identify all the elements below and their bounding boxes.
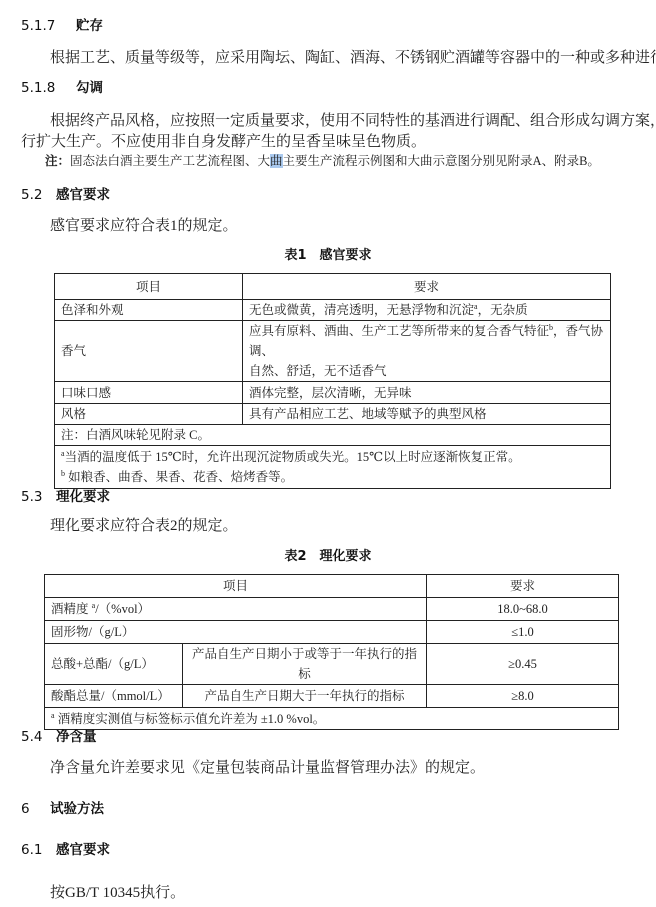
cell-item: 口味口感: [55, 382, 243, 404]
cell-condition: 产品自生产日期大于一年执行的指标: [183, 685, 427, 708]
table-footnote: a 酒精度实测值与标签标示值允许差为 ±1.0 %vol。: [45, 708, 619, 730]
cell-requirement: 应具有原料、酒曲、生产工艺等所带来的复合香气特征b，香气协调、自然、舒适，无不适…: [243, 321, 611, 382]
table-row: 总酸+总酯/（g/L） 产品自生产日期小于或等于一年执行的指标 ≥0.45: [45, 644, 619, 685]
header-item: 项目: [45, 575, 427, 598]
section-title: 感官要求: [56, 842, 110, 858]
header-requirement: 要求: [243, 274, 611, 300]
cell-item: 色泽和外观: [55, 300, 243, 321]
section-title: 感官要求: [56, 187, 110, 203]
table-footnotes: a当酒的温度低于 15℃时，允许出现沉淀物质或失光。15℃以上时应逐渐恢复正常。…: [55, 446, 611, 489]
cell-requirement: 酒体完整，层次清晰，无异味: [243, 382, 611, 404]
section-number: 5.4: [21, 729, 56, 745]
note-text: 固态法白酒主要生产工艺流程图、大: [70, 154, 270, 168]
section-number: 5.3: [21, 489, 56, 505]
table-row: 色泽和外观 无色或微黄，清亮透明，无悬浮物和沉淀a，无杂质: [55, 300, 611, 321]
text-selection[interactable]: 曲: [270, 154, 283, 168]
table-footnotes-row: a当酒的温度低于 15℃时，允许出现沉淀物质或失光。15℃以上时应逐渐恢复正常。…: [55, 446, 611, 489]
paragraph-blending-line1: 根据终产品风格，应按照一定质量要求，使用不同特性的基酒进行调配、组合形成勾调方案…: [50, 109, 656, 130]
heading-6-1: 6.1感官要求: [21, 838, 110, 858]
heading-5-3: 5.3理化要求: [21, 485, 110, 505]
section-number: 5.1.8: [21, 80, 76, 96]
table-row: 风格 具有产品相应工艺、地域等赋予的典型风格: [55, 404, 611, 425]
table-row: 酸酯总量/（mmol/L） 产品自生产日期大于一年执行的指标 ≥8.0: [45, 685, 619, 708]
table-row: 香气 应具有原料、酒曲、生产工艺等所带来的复合香气特征b，香气协调、自然、舒适，…: [55, 321, 611, 382]
paragraph-test-sensory: 按GB/T 10345执行。: [50, 881, 185, 902]
section-number: 6.1: [21, 842, 56, 858]
note-label: 注：: [45, 154, 70, 168]
table-note-row: 注：白酒风味轮见附录 C。: [55, 425, 611, 446]
heading-5-2: 5.2感官要求: [21, 183, 110, 203]
cell-item: 酸酯总量/（mmol/L）: [45, 685, 183, 708]
cell-item: 总酸+总酯/（g/L）: [45, 644, 183, 685]
heading-6: 6试验方法: [21, 797, 104, 817]
table-header-row: 项目 要求: [45, 575, 619, 598]
heading-5-4: 5.4净含量: [21, 725, 97, 745]
table-row: 酒精度 a/（%vol） 18.0~68.0: [45, 598, 619, 621]
header-item: 项目: [55, 274, 243, 300]
footnote-a: a当酒的温度低于 15℃时，允许出现沉淀物质或失光。15℃以上时应逐渐恢复正常。: [61, 447, 604, 467]
table-sensory-requirements: 项目 要求 色泽和外观 无色或微黄，清亮透明，无悬浮物和沉淀a，无杂质 香气 应…: [54, 273, 611, 489]
cell-item: 香气: [55, 321, 243, 382]
cell-value: ≤1.0: [427, 621, 619, 644]
table-row: 口味口感 酒体完整，层次清晰，无异味: [55, 382, 611, 404]
section-title: 净含量: [56, 729, 97, 745]
paragraph-storage: 根据工艺、质量等级等，应采用陶坛、陶缸、酒海、不锈钢贮酒罐等容器中的一种或多种进…: [50, 46, 656, 67]
section-title: 理化要求: [56, 489, 110, 505]
cell-value: ≥8.0: [427, 685, 619, 708]
cell-item: 固形物/（g/L）: [45, 621, 427, 644]
footnote-b: b 如粮香、曲香、果香、花香、焙烤香等。: [61, 467, 604, 487]
section-title: 试验方法: [50, 801, 104, 817]
table-note: 注：白酒风味轮见附录 C。: [55, 425, 611, 446]
table-physicochemical-requirements: 项目 要求 酒精度 a/（%vol） 18.0~68.0 固形物/（g/L） ≤…: [44, 574, 619, 730]
paragraph-net-content: 净含量允许差要求见《定量包装商品计量监督管理办法》的规定。: [50, 756, 485, 777]
table2-caption: 表2 理化要求: [0, 545, 656, 564]
cell-requirement: 无色或微黄，清亮透明，无悬浮物和沉淀a，无杂质: [243, 300, 611, 321]
heading-5-1-8: 5.1.8勾调: [21, 76, 103, 96]
table1-caption: 表1 感官要求: [0, 244, 656, 263]
cell-requirement: 具有产品相应工艺、地域等赋予的典型风格: [243, 404, 611, 425]
table-header-row: 项目 要求: [55, 274, 611, 300]
cell-value: 18.0~68.0: [427, 598, 619, 621]
paragraph-blending-line2: 行扩大生产。不应使用非自身发酵产生的呈香呈味呈色物质。: [21, 130, 426, 151]
cell-item: 酒精度 a/（%vol）: [45, 598, 427, 621]
note-text-tail: 主要生产流程示例图和大曲示意图分别见附录A、附录B。: [283, 154, 600, 168]
cell-condition: 产品自生产日期小于或等于一年执行的指标: [183, 644, 427, 685]
note-appendix: 注：固态法白酒主要生产工艺流程图、大曲主要生产流程示例图和大曲示意图分别见附录A…: [45, 151, 600, 169]
paragraph-physicochemical: 理化要求应符合表2的规定。: [50, 514, 238, 535]
table-footnote-row: a 酒精度实测值与标签标示值允许差为 ±1.0 %vol。: [45, 708, 619, 730]
section-title: 勾调: [76, 80, 103, 96]
section-number: 6: [21, 801, 50, 817]
header-requirement: 要求: [427, 575, 619, 598]
cell-item: 风格: [55, 404, 243, 425]
section-number: 5.1.7: [21, 18, 76, 34]
paragraph-sensory: 感官要求应符合表1的规定。: [50, 214, 238, 235]
cell-value: ≥0.45: [427, 644, 619, 685]
section-title: 贮存: [76, 18, 103, 34]
table-row: 固形物/（g/L） ≤1.0: [45, 621, 619, 644]
heading-5-1-7: 5.1.7贮存: [21, 14, 103, 34]
section-number: 5.2: [21, 187, 56, 203]
